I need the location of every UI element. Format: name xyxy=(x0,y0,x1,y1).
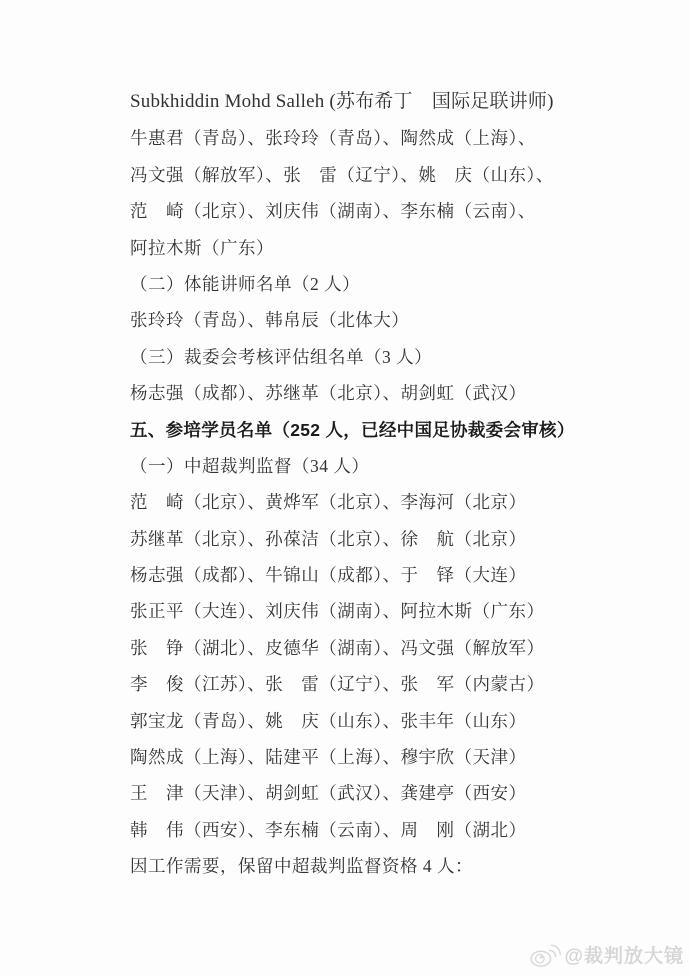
document-line: 因工作需要，保留中超裁判监督资格 4 人： xyxy=(130,848,570,884)
document-line: 范 崎（北京）、黄烨军（北京）、李海河（北京） xyxy=(130,484,570,520)
document-line: 阿拉木斯（广东） xyxy=(130,230,570,266)
document-line: 王 津（天津）、胡剑虹（武汉）、龚建亭（西安） xyxy=(130,775,570,811)
document-line: 韩 伟（西安）、李东楠（云南）、周 刚（湖北） xyxy=(130,812,570,848)
document-line: 陶然成（上海）、陆建平（上海）、穆宇欣（天津） xyxy=(130,739,570,775)
watermark-handle: @裁判放大镜 xyxy=(564,941,684,968)
document-line: 张 铮（湖北）、皮德华（湖南）、冯文强（解放军） xyxy=(130,630,570,666)
document-line: 张玲玲（青岛）、韩帛辰（北体大） xyxy=(130,302,570,338)
document-line: 杨志强（成都）、苏继革（北京）、胡剑虹（武汉） xyxy=(130,375,570,411)
document-line: 杨志强（成都）、牛锦山（成都）、于 铎（大连） xyxy=(130,557,570,593)
weibo-logo-icon xyxy=(529,941,561,968)
document-line: 冯文强（解放军）、张 雷（辽宁）、姚 庆（山东）、 xyxy=(130,157,570,193)
document-line: 李 俊（江苏）、张 雷（辽宁）、张 军（内蒙古） xyxy=(130,666,570,702)
document-line: 张正平（大连）、刘庆伟（湖南）、阿拉木斯（广东） xyxy=(130,593,570,629)
document-line: 苏继革（北京）、孙葆洁（北京）、徐 航（北京） xyxy=(130,521,570,557)
document-page: Subkhiddin Mohd Salleh (苏布希丁 国际足联讲师) 牛惠君… xyxy=(130,84,570,885)
document-section-heading: （二）体能讲师名单（2 人） xyxy=(130,266,570,302)
document-line: 牛惠君（青岛）、张玲玲（青岛）、陶然成（上海）、 xyxy=(130,120,570,156)
document-chapter-heading: 五、参培学员名单（252 人，已经中国足协裁委会审核） xyxy=(130,412,570,448)
document-section-heading: （三）裁委会考核评估组名单（3 人） xyxy=(130,339,570,375)
document-line: 范 崎（北京）、刘庆伟（湖南）、李东楠（云南）、 xyxy=(130,193,570,229)
watermark: @裁判放大镜 xyxy=(529,941,684,968)
document-line: 郭宝龙（青岛）、姚 庆（山东）、张丰年（山东） xyxy=(130,703,570,739)
document-line: Subkhiddin Mohd Salleh (苏布希丁 国际足联讲师) xyxy=(130,84,570,120)
document-section-heading: （一）中超裁判监督（34 人） xyxy=(130,448,570,484)
